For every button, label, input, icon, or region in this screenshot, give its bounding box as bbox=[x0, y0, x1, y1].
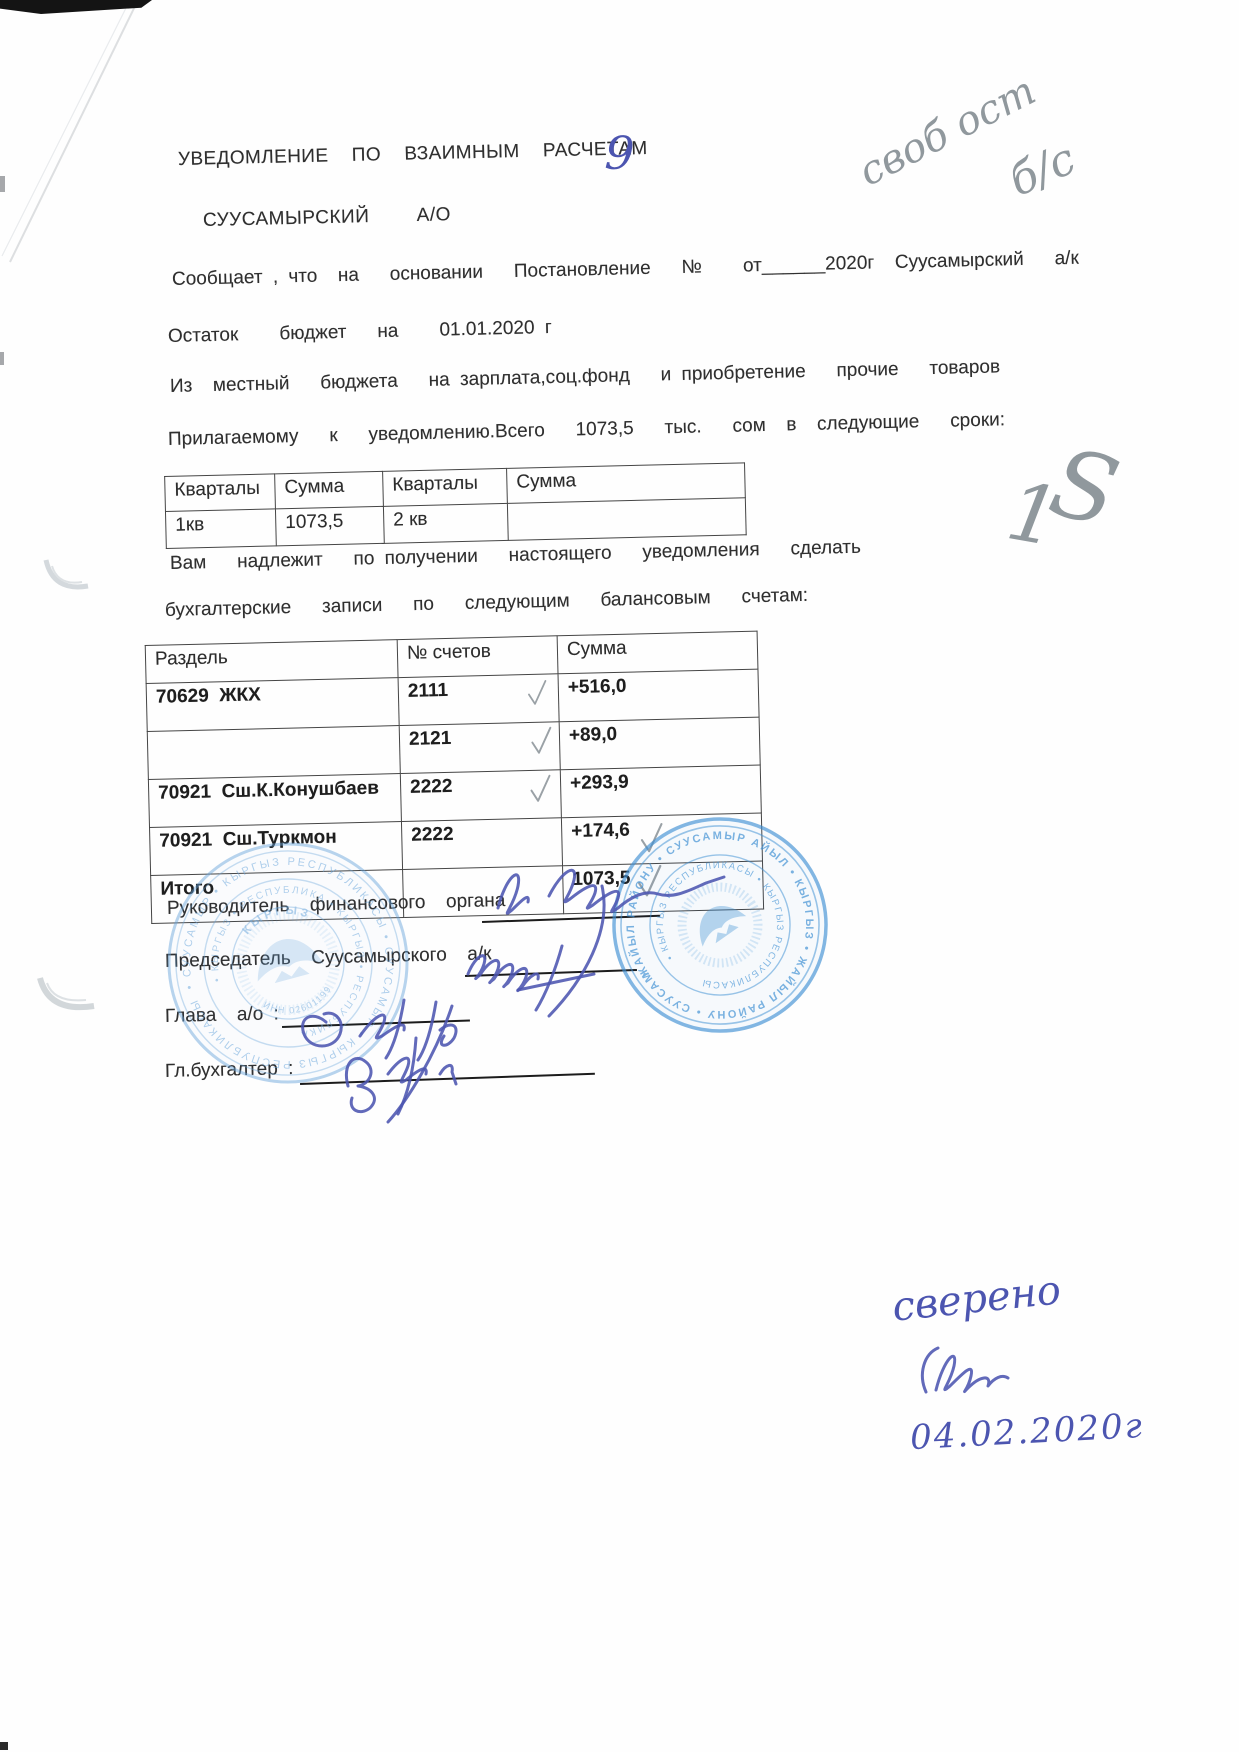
table-cell: 2222 bbox=[401, 818, 562, 870]
signature-scribble-chief-accountant bbox=[346, 1038, 456, 1114]
scan-artifact-edge-mark bbox=[0, 352, 4, 365]
signature-line bbox=[282, 1019, 470, 1028]
table-cell: 1кв bbox=[165, 509, 276, 549]
table-cell: 1073,5 bbox=[563, 861, 764, 914]
quarters-table: Кварталы Сумма Кварталы Сумма 1кв 1073,5… bbox=[164, 462, 747, 549]
doc-subtitle: СУУСАМЫРСКИЙ А/О bbox=[203, 201, 452, 235]
pencil-checkmark-icon bbox=[529, 724, 554, 757]
table-cell: 2222 bbox=[400, 770, 561, 822]
paragraph-line: Остаток бюджет на 01.01.2020 г bbox=[168, 314, 552, 351]
table-cell: +516,0 bbox=[558, 669, 759, 722]
ink-note-verified: сверено bbox=[890, 1267, 1063, 1330]
pencil-checkmark-icon bbox=[635, 860, 664, 903]
signature-label: Глава а/о : bbox=[165, 1000, 279, 1031]
table-cell: 2111 bbox=[398, 674, 559, 726]
signature-label: Председатель Суусамырского а/к bbox=[165, 940, 492, 976]
scan-artifact-edge-mark bbox=[0, 176, 5, 192]
signature-line bbox=[300, 1073, 595, 1085]
signature-scribble-verified-initials bbox=[922, 1348, 1008, 1392]
table-cell bbox=[507, 498, 746, 541]
handwritten-doc-number: 9 bbox=[604, 125, 636, 180]
accounts-table: Раздель № счетов Сумма 70629 ЖКХ 2111 +5… bbox=[145, 631, 764, 924]
signature-line bbox=[465, 969, 637, 977]
pencil-checkmark-icon bbox=[526, 678, 549, 709]
table-header-cell: Сумма bbox=[275, 471, 384, 509]
signature-label: Гл.бухгалтер : bbox=[165, 1055, 294, 1086]
pencil-mark: S bbox=[1040, 428, 1129, 549]
table-cell: 70629 ЖКХ bbox=[146, 678, 399, 732]
table-cell: +293,9 bbox=[560, 765, 761, 818]
table-header-cell: № счетов bbox=[397, 636, 558, 678]
pencil-checkmark-icon bbox=[638, 818, 665, 859]
table-cell: +89,0 bbox=[559, 717, 760, 770]
table-cell: 2121 bbox=[399, 722, 560, 774]
signature-scribble-village-head bbox=[303, 1000, 456, 1122]
table-cell bbox=[147, 726, 400, 780]
ink-note-date: 04.02.2020г bbox=[909, 1406, 1145, 1458]
scan-artifact-fold-lines bbox=[2, 0, 140, 1007]
table-header-cell: Сумма bbox=[557, 631, 758, 674]
scanned-document-page: УВЕДОМЛЕНИЕ ПО ВЗАИМНЫМ РАСЧЕТАМ СУУСАМЫ… bbox=[0, 0, 1239, 1752]
paragraph-line: бухгалтерские записи по следующим баланс… bbox=[165, 582, 809, 625]
pencil-checkmark-icon bbox=[528, 771, 553, 806]
table-cell: 2 кв bbox=[383, 503, 508, 543]
table-header-cell: Раздель bbox=[145, 640, 398, 684]
signature-line bbox=[482, 915, 660, 923]
scan-artifact-edge-mark bbox=[0, 1742, 8, 1750]
scan-artifact-black-corner bbox=[0, 0, 152, 14]
table-header-cell: Кварталы bbox=[165, 474, 276, 512]
paragraph-line: Сообщает , что на основании Постановлени… bbox=[172, 245, 1079, 294]
table-cell: 70921 Сш.Туркмон bbox=[150, 822, 403, 876]
table-cell: 1073,5 bbox=[275, 506, 384, 546]
table-header-cell: Кварталы bbox=[383, 468, 508, 506]
paragraph-line: Из местный бюджета на зарплата,соц.фонд … bbox=[170, 353, 1001, 401]
table-header-cell: Сумма bbox=[507, 463, 746, 504]
paragraph-line: Прилагаемому к уведомлению.Всего 1073,5 … bbox=[168, 406, 1006, 454]
page-title: УВЕДОМЛЕНИЕ ПО ВЗАИМНЫМ РАСЧЕТАМ bbox=[178, 135, 648, 174]
pencil-note: б/с bbox=[1002, 133, 1083, 207]
table-cell: 70921 Сш.К.Конушбаев bbox=[148, 774, 401, 828]
table-cell: +174,6 bbox=[561, 813, 762, 866]
